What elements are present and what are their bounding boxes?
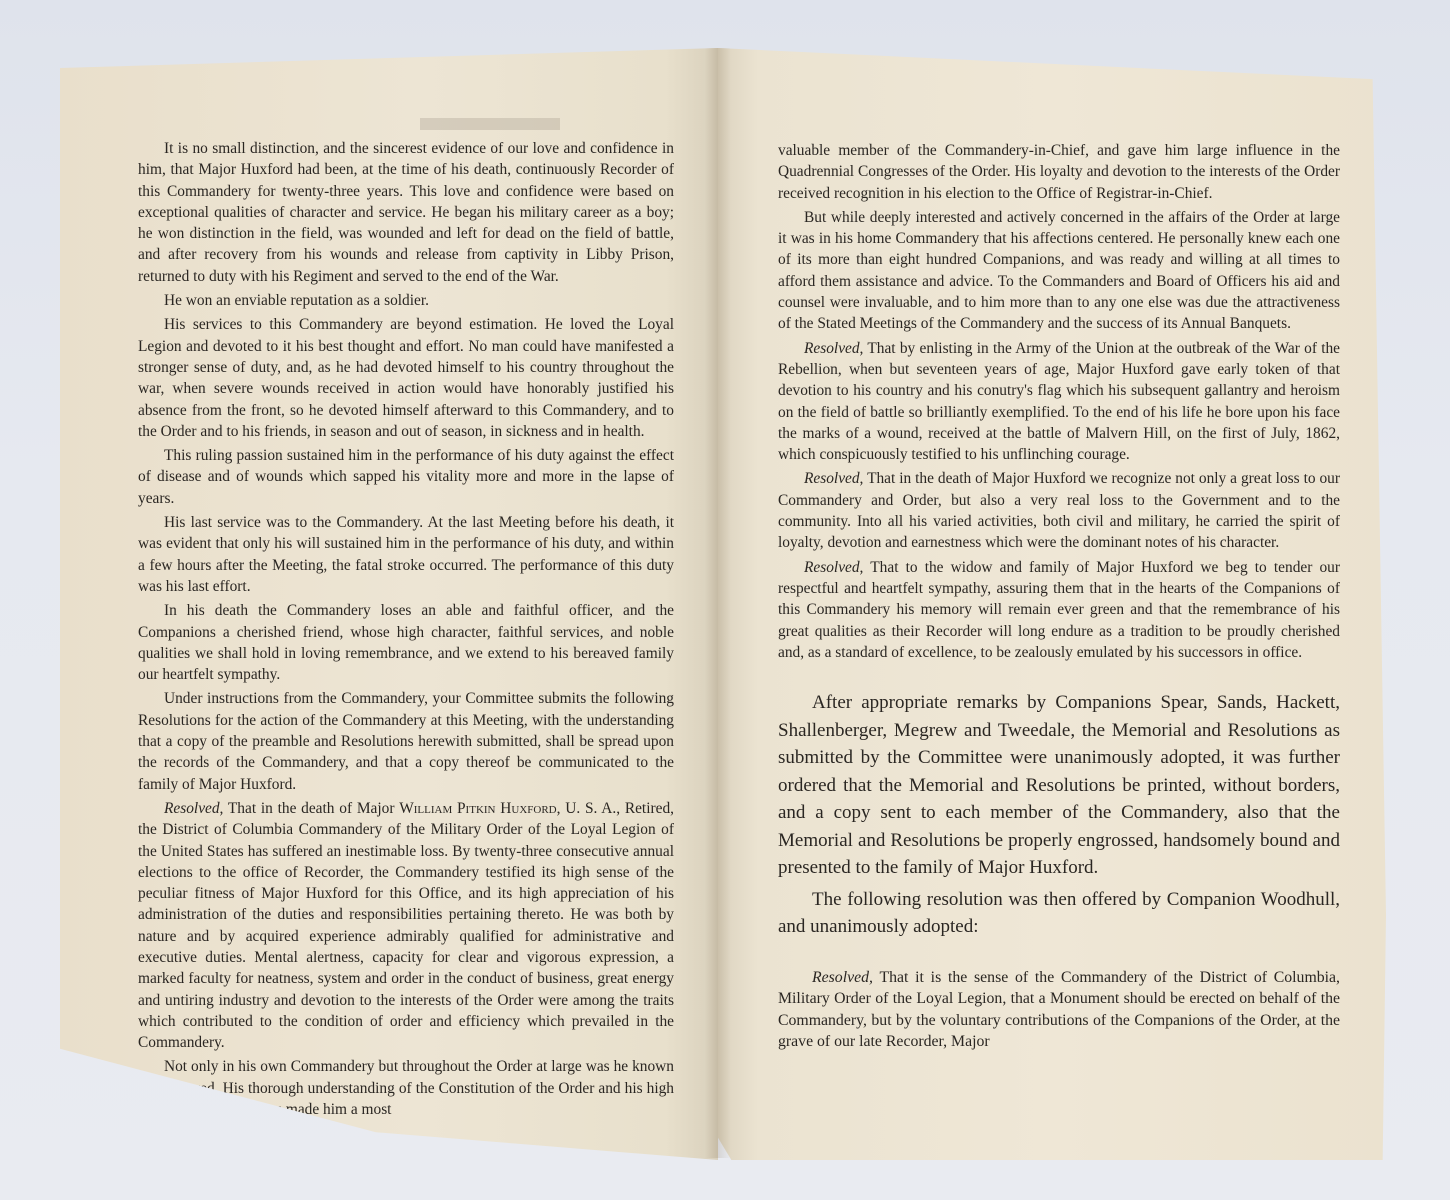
- paragraph-remarks: After appropriate remarks by Companions …: [778, 689, 1340, 882]
- resolved-label: Resolved,: [804, 470, 863, 487]
- resolution-2: Resolved, That by enlisting in the Army …: [778, 338, 1340, 466]
- monument-resolution-section: Resolved, That it is the sense of the Co…: [778, 967, 1340, 1053]
- resolved-label: Resolved,: [812, 969, 873, 986]
- resolution-4: Resolved, That to the widow and family o…: [778, 557, 1340, 663]
- paragraph-not-only: Not only in his own Commandery but throu…: [138, 1056, 674, 1120]
- paragraph-continuation: valuable member of the Commandery-in-Chi…: [778, 140, 1340, 204]
- paragraph-last-service: His last service was to the Commandery. …: [138, 512, 674, 597]
- resolution-1: Resolved, That in the death of Major Wil…: [138, 798, 674, 1054]
- paragraph-reputation: He won an enviable reputation as a soldi…: [138, 290, 674, 311]
- paragraph-loss: In his death the Commandery loses an abl…: [138, 600, 674, 685]
- paragraph-instructions: Under instructions from the Commandery, …: [138, 688, 674, 794]
- resolved-label: Resolved,: [164, 800, 223, 817]
- resolved-label: Resolved,: [804, 340, 863, 357]
- honoree-name: William Pitkin Huxford: [399, 800, 556, 817]
- resolved-label: Resolved,: [804, 559, 863, 576]
- paragraph-services: His services to this Commandery are beyo…: [138, 314, 674, 442]
- left-page: It is no small distinction, and the sinc…: [60, 48, 718, 1160]
- faded-heading-mark: [420, 118, 560, 130]
- paragraph-home-commandery: But while deeply interested and actively…: [778, 207, 1340, 335]
- paragraph-distinction: It is no small distinction, and the sinc…: [138, 138, 674, 287]
- resolution-3: Resolved, That in the death of Major Hux…: [778, 468, 1340, 553]
- paragraph-following-resolution: The following resolution was then offere…: [778, 886, 1340, 941]
- right-page: valuable member of the Commandery-in-Chi…: [718, 48, 1386, 1160]
- resolution-monument: Resolved, That it is the sense of the Co…: [778, 967, 1340, 1053]
- paragraph-ruling-passion: This ruling passion sustained him in the…: [138, 445, 674, 509]
- minutes-section: After appropriate remarks by Companions …: [778, 689, 1340, 941]
